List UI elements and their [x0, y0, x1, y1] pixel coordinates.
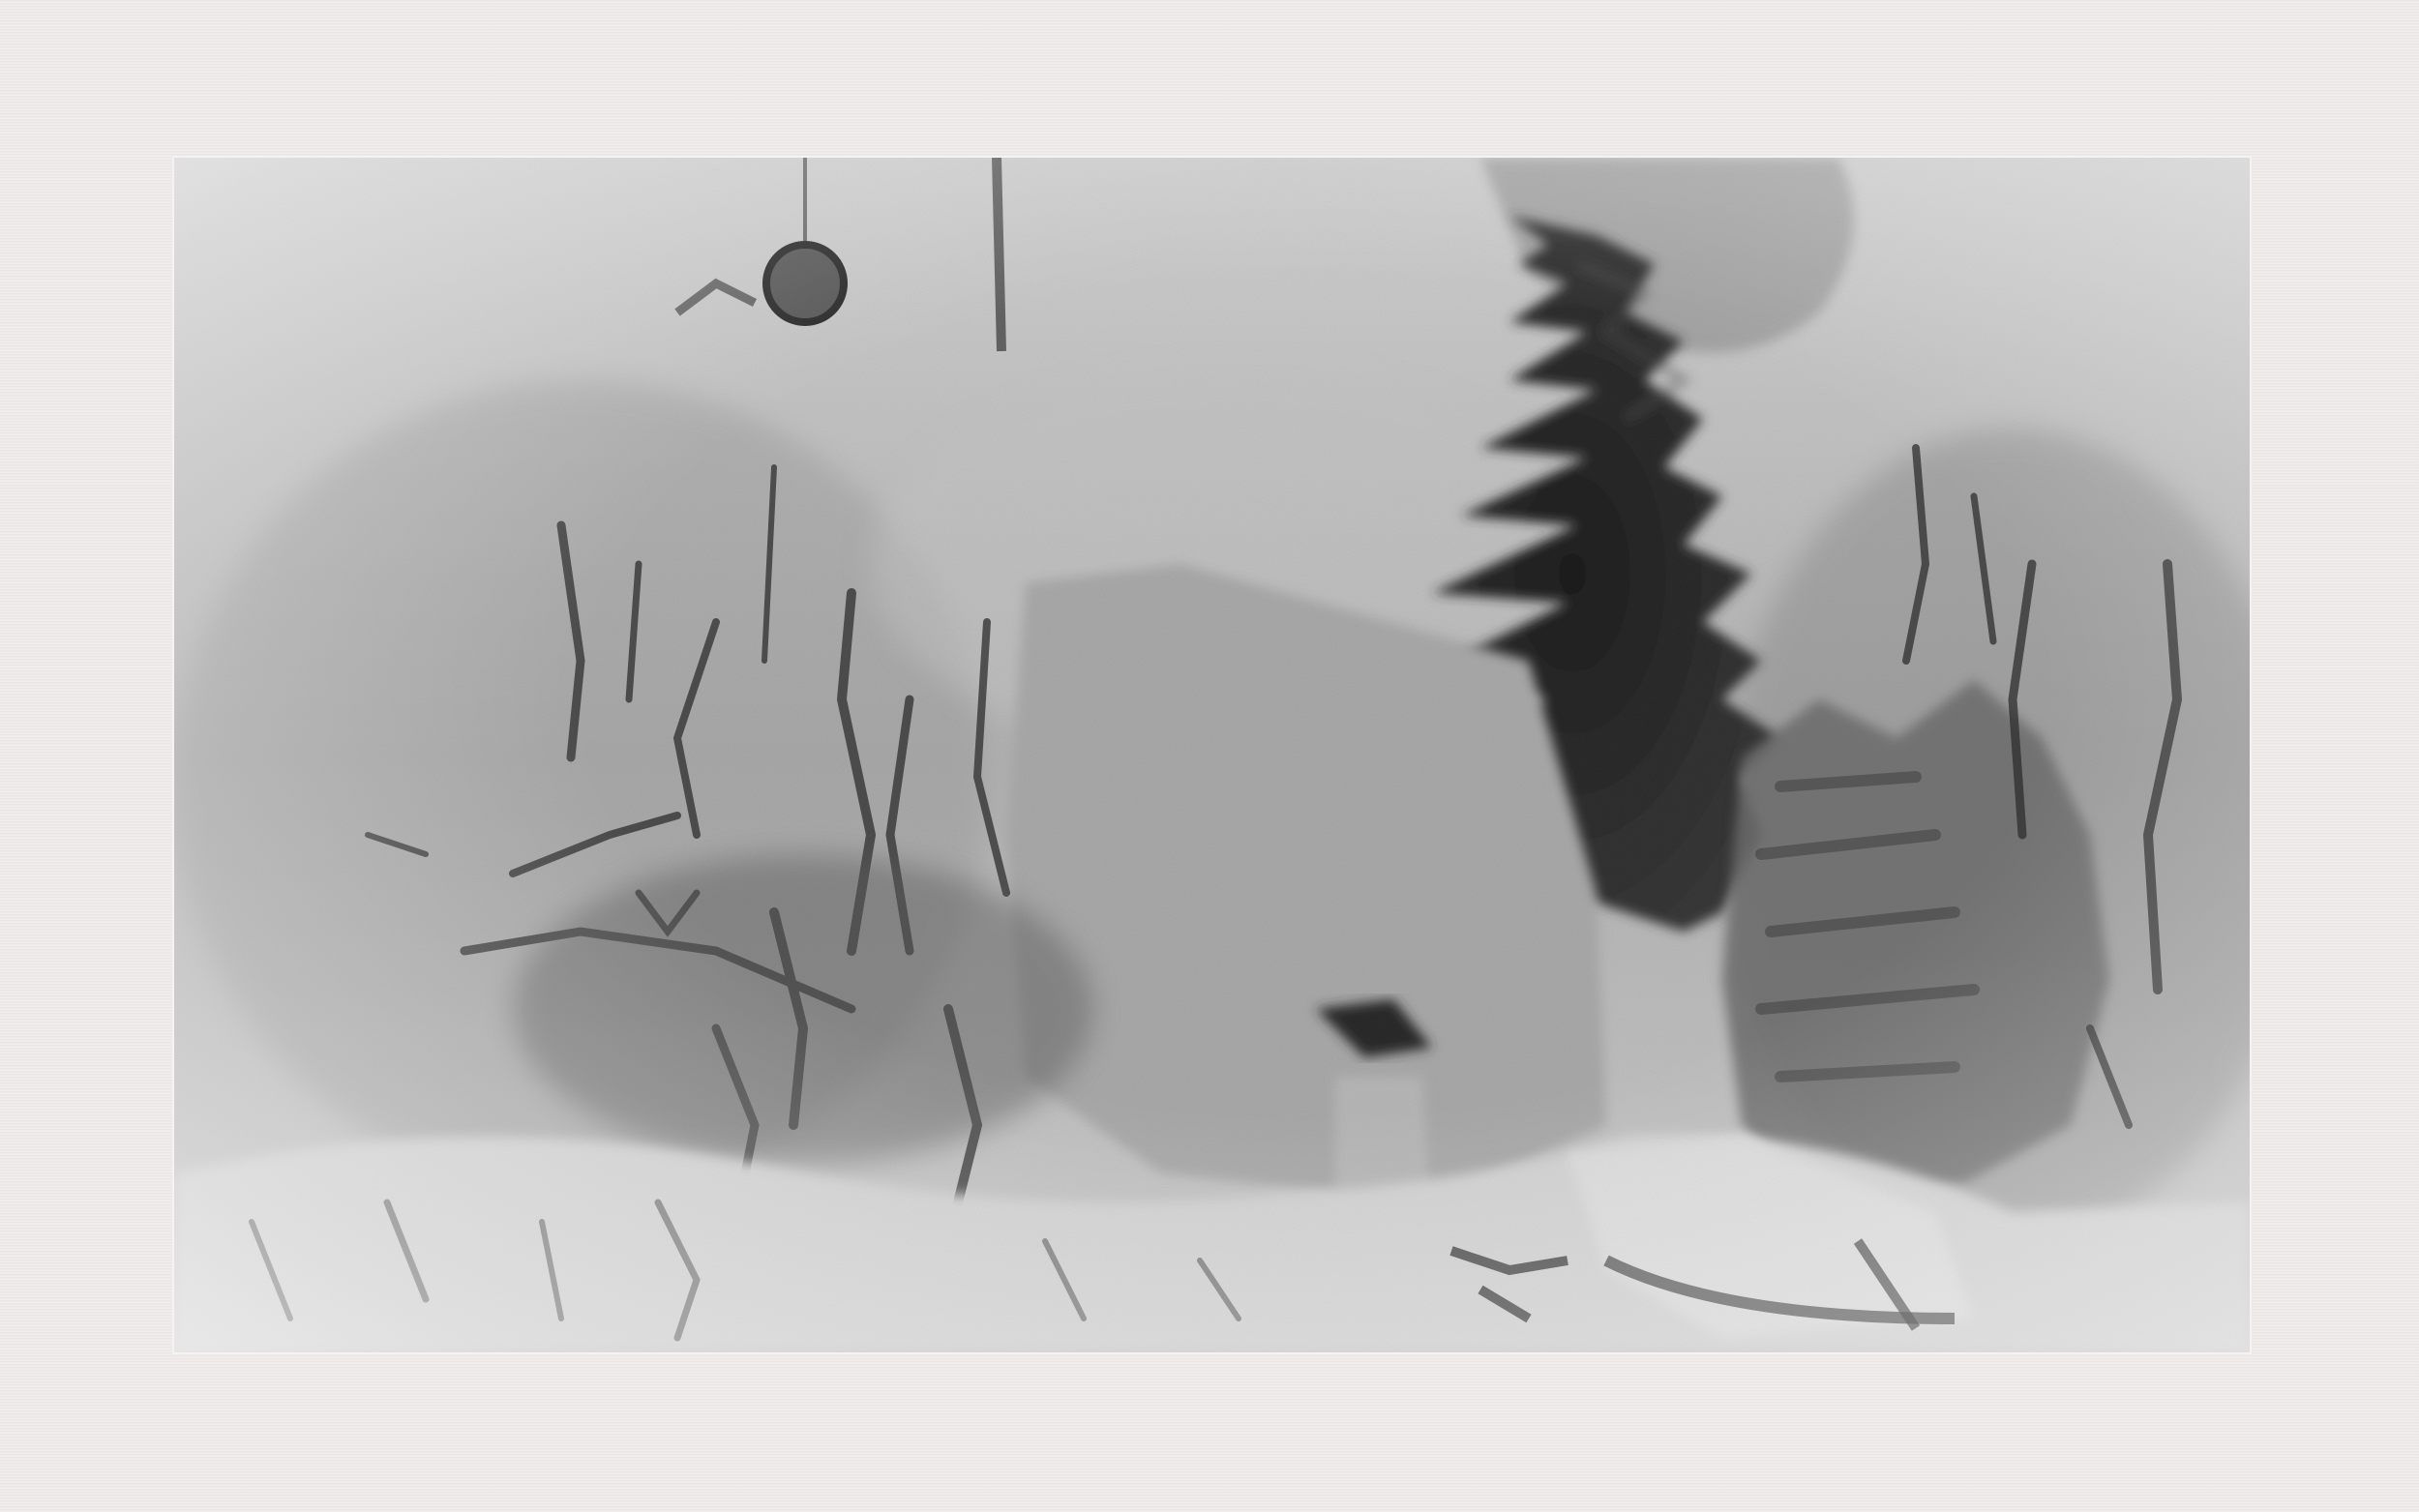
right-trees [1722, 680, 2109, 1202]
hanging-line [997, 158, 1001, 351]
forest-scene [174, 158, 2250, 1352]
photograph: Black-and-white snowy woodland with a da… [174, 158, 2250, 1352]
snow-structure [1006, 564, 1606, 1202]
undergrowth [513, 854, 1093, 1164]
